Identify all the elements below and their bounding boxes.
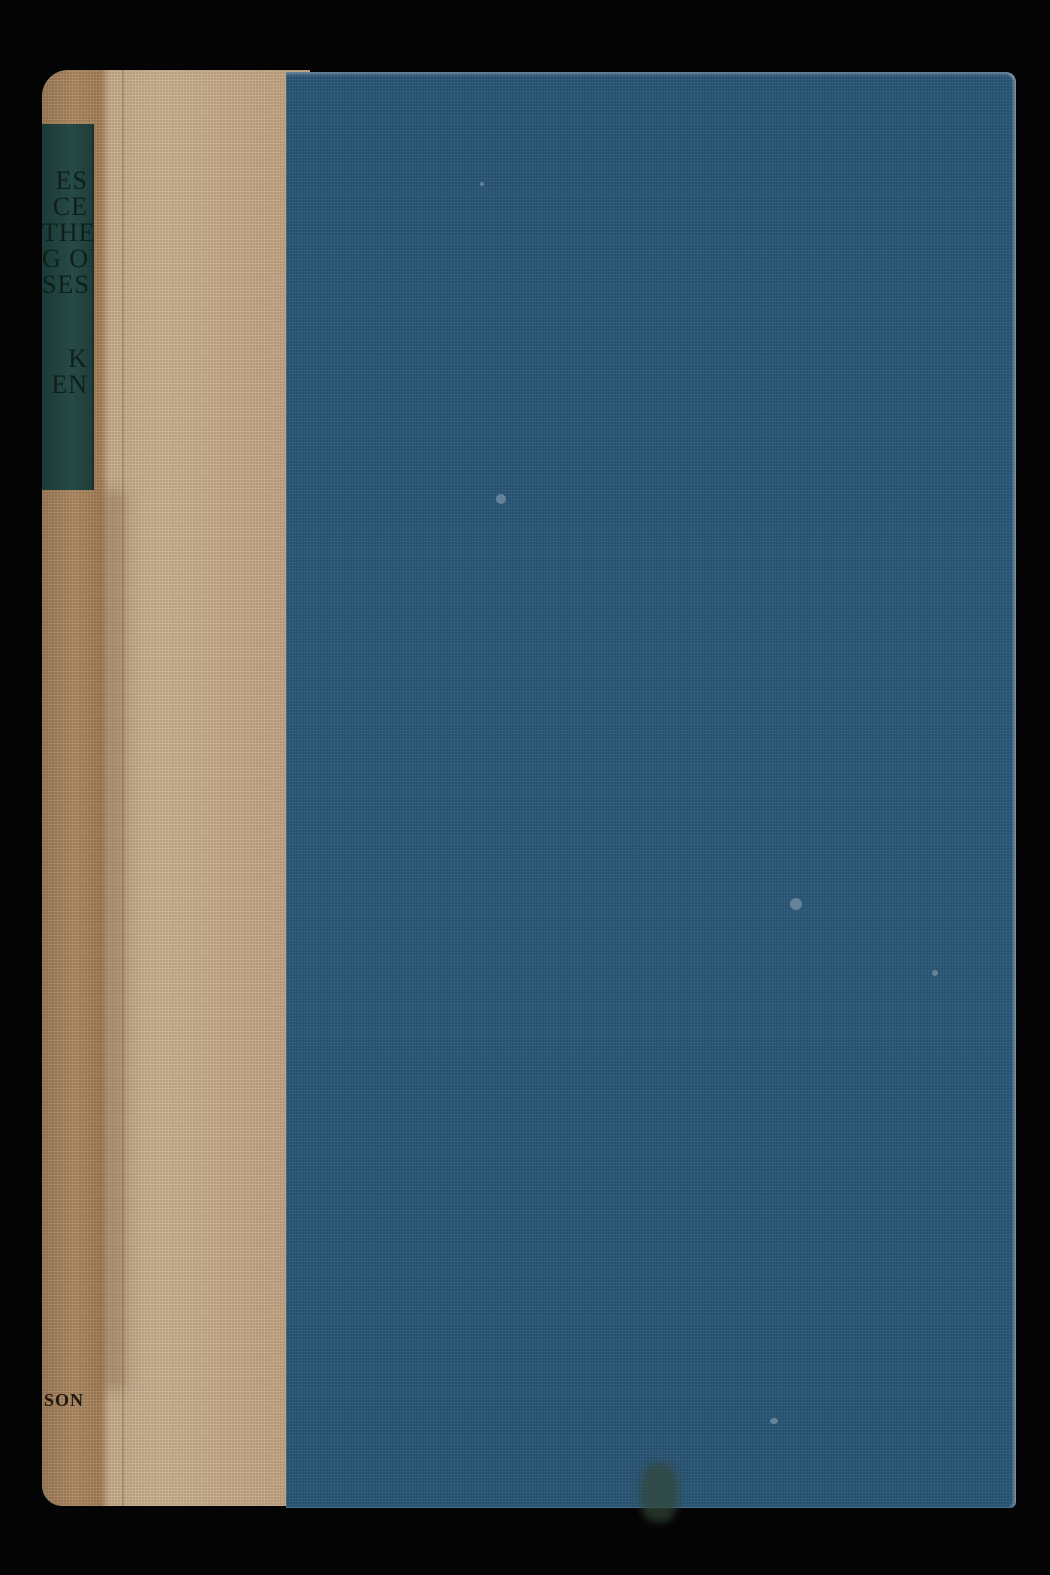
spine-title-line: CE [42,194,92,220]
spine-author-line: EN [42,372,92,398]
spine-title-label: ES CE THE G OF SES K EN [42,124,94,490]
cover-speck [496,494,506,504]
spine-title-line: ES [42,168,92,194]
spine-title-line: G OF [42,246,92,272]
cover-speck [480,182,484,186]
spine-title-line: SES [42,272,92,298]
cover-speck [790,898,802,910]
cover-speck [932,970,938,976]
cover-stain [640,1462,678,1522]
book-spine: ES CE THE G OF SES K EN SON [42,70,310,1506]
spine-author-line: K [42,346,92,372]
cover-speck [770,1418,778,1424]
spine-hinge [122,70,124,1506]
spine-title-line: THE [42,220,92,246]
spine-publisher: SON [44,1390,84,1411]
front-cover-board [286,72,1016,1508]
book: ES CE THE G OF SES K EN SON [42,70,1018,1508]
